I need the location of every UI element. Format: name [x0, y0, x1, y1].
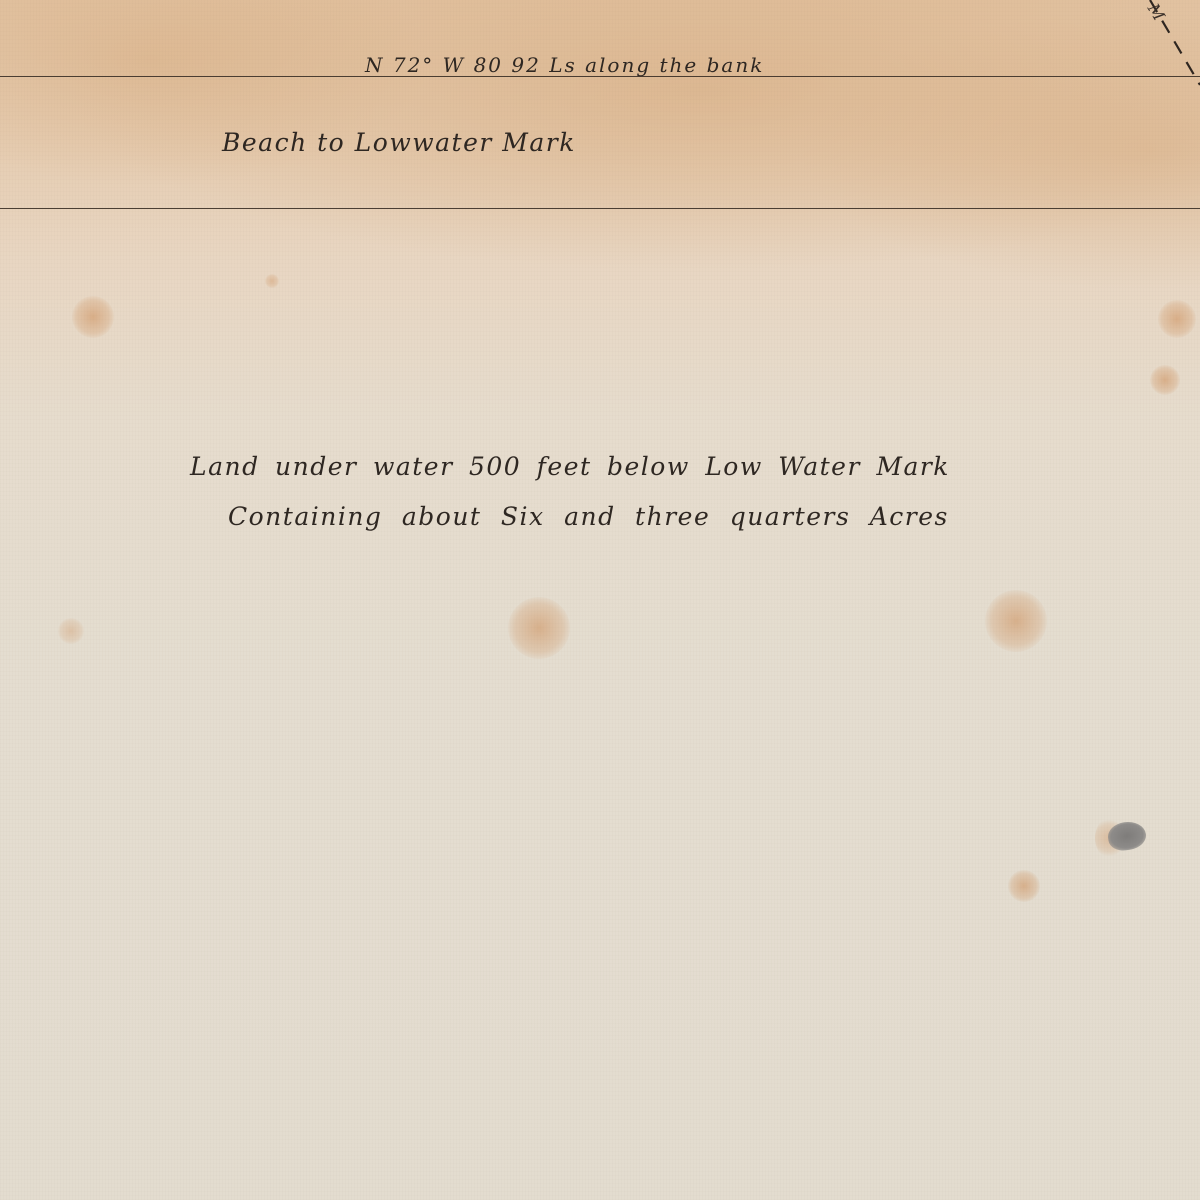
land-under-water-label: Land under water 500 feet below Low Wate… [190, 452, 950, 481]
bearing-annotation: N 72° W 80 92 Ls along the bank [365, 53, 764, 77]
stain-mark [58, 618, 84, 644]
low-water-boundary-line [0, 208, 1200, 209]
stain-mark [265, 274, 279, 288]
beach-label: Beach to Lowwater Mark [222, 128, 576, 157]
stain-mark [1008, 870, 1040, 902]
stain-mark [985, 590, 1047, 652]
stain-mark [1158, 300, 1196, 338]
stain-mark [72, 296, 114, 338]
acreage-label: Containing about Six and three quarters … [228, 502, 949, 531]
stain-mark [1150, 365, 1180, 395]
stain-mark [508, 597, 570, 659]
